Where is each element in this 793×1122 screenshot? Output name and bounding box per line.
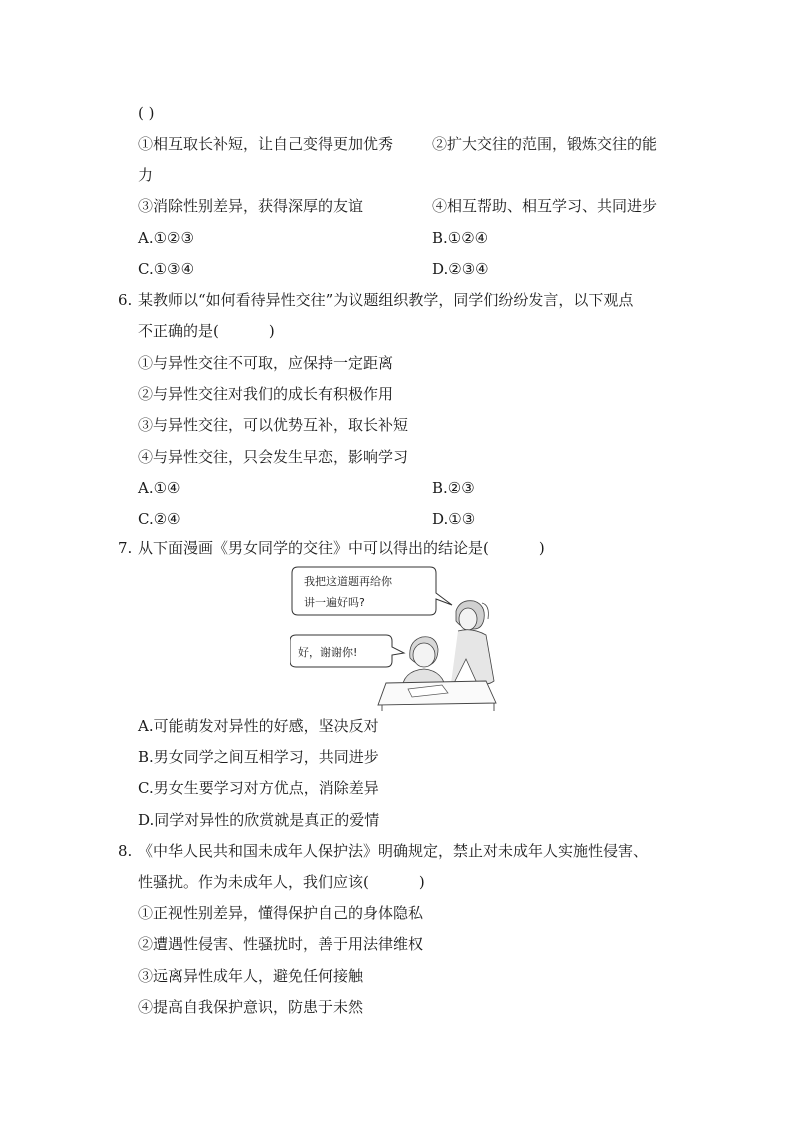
option-a[interactable]: A.①④ [138, 478, 181, 498]
statement-1: ①正视性别差异，懂得保护自己的身体隐私 [138, 903, 423, 923]
option-b[interactable]: B.①②④ [432, 228, 488, 248]
option-d[interactable]: D.同学对异性的欣赏就是真正的爱情 [138, 810, 379, 830]
bubble-girl-line2: 讲一遍好吗? [304, 595, 365, 609]
statement-3: ③与异性交往，可以优势互补，取长补短 [138, 415, 408, 435]
stem-paren-close: ) [269, 322, 275, 340]
question-number: 6. [118, 290, 132, 310]
option-c[interactable]: C.②④ [138, 509, 181, 529]
stem-text: 性骚扰。作为未成年人，我们应该( [138, 873, 369, 891]
bubble-boy: 好，谢谢你! [298, 645, 357, 659]
option-b[interactable]: B.②③ [432, 478, 475, 498]
statement-1: ①相互取长补短，让自己变得更加优秀 [138, 134, 393, 154]
question-stem-cont: 不正确的是() [138, 321, 275, 341]
statement-2: ②与异性交往对我们的成长有积极作用 [138, 384, 393, 404]
stem-text: 从下面漫画《男女同学的交往》中可以得出的结论是( [138, 539, 489, 557]
stem-paren-close: ) [419, 873, 425, 891]
statement-4: ④相互帮助、相互学习、共同进步 [432, 196, 657, 216]
option-c[interactable]: C.①③④ [138, 259, 194, 279]
statement-3: ③远离异性成年人，避免任何接触 [138, 966, 363, 986]
stem-paren-close: ) [539, 539, 545, 557]
bubble-girl-line1: 我把这道题再给你 [304, 574, 393, 588]
statement-3: ③消除性别差异，获得深厚的友谊 [138, 196, 363, 216]
answer-blank: ( ) [138, 103, 154, 123]
statement-4: ④与异性交往，只会发生早恋，影响学习 [138, 447, 408, 467]
option-a[interactable]: A.可能萌发对异性的好感，坚决反对 [138, 716, 379, 736]
question-number: 8. [118, 841, 132, 861]
question-number: 7. [118, 538, 132, 558]
option-c[interactable]: C.男女生要学习对方优点，消除差异 [138, 778, 379, 798]
question-stem: 某教师以“如何看待异性交往”为议题组织教学，同学们纷纷发言，以下观点 [138, 290, 633, 310]
statement-2: ②扩大交往的范围，锻炼交往的能 [432, 134, 657, 154]
statement-1: ①与异性交往不可取，应保持一定距离 [138, 353, 393, 373]
comic-illustration: 我把这道题再给你 讲一遍好吗? 好，谢谢你! [290, 563, 505, 711]
comic-drawing-icon: 我把这道题再给你 讲一遍好吗? 好，谢谢你! [290, 563, 505, 711]
statement-4: ④提高自我保护意识，防患于未然 [138, 997, 363, 1017]
option-d[interactable]: D.①③ [432, 509, 475, 529]
stem-text: 不正确的是( [138, 322, 219, 340]
statement-2: ②遭遇性侵害、性骚扰时，善于用法律维权 [138, 934, 423, 954]
question-stem-cont: 性骚扰。作为未成年人，我们应该() [138, 872, 425, 892]
question-stem: 从下面漫画《男女同学的交往》中可以得出的结论是() [138, 538, 545, 558]
option-b[interactable]: B.男女同学之间互相学习，共同进步 [138, 747, 379, 767]
option-a[interactable]: A.①②③ [138, 228, 194, 248]
statement-2-wrap: 力 [138, 165, 153, 185]
question-stem: 《中华人民共和国未成年人保护法》明确规定，禁止对未成年人实施性侵害、 [138, 841, 648, 861]
option-d[interactable]: D.②③④ [432, 259, 489, 279]
